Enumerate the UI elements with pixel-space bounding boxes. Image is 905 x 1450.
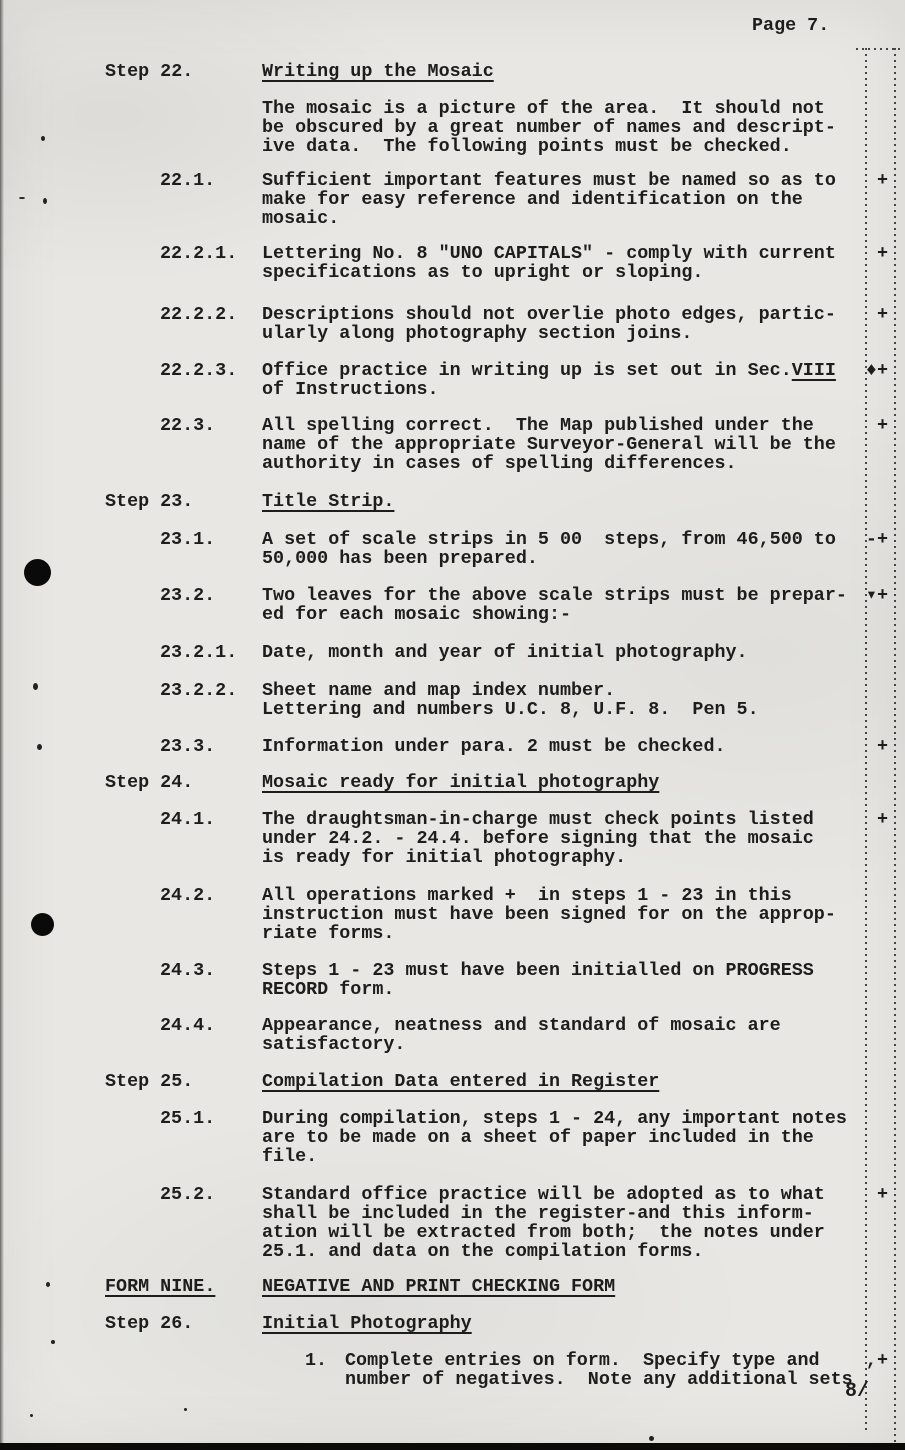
item-number: 25.2. [160, 1185, 215, 1204]
step-title: Mosaic ready for initial photography [262, 773, 874, 792]
item-text: Sufficient important features must be na… [262, 171, 874, 228]
ink-speck [41, 136, 45, 141]
item-number: 23.3. [160, 737, 215, 756]
item-text: The draughtsman-in-charge must check poi… [262, 810, 874, 867]
sheet-catchword: 8/ [845, 1382, 869, 1401]
item-number: 22.2.3. [160, 361, 237, 380]
item-number: 23.2.2. [160, 681, 237, 700]
item-number: 24.2. [160, 886, 215, 905]
item-text: Lettering No. 8 "UNO CAPITALS" - comply … [262, 244, 874, 282]
item-text-part: Office practice in writing up is set out… [262, 360, 792, 381]
item-number: 22.2.1. [160, 244, 237, 263]
ink-speck [51, 1340, 55, 1344]
item-text: A set of scale strips in 5 00 steps, fro… [262, 530, 874, 568]
step-title: Compilation Data entered in Register [262, 1072, 874, 1091]
check-plus-mark: + [848, 305, 888, 324]
item-number: 24.1. [160, 810, 215, 829]
item-text: During compilation, steps 1 - 24, any im… [262, 1109, 874, 1166]
hole-punch-top [24, 559, 51, 586]
check-plus-mark: ♦+ [848, 361, 888, 380]
check-plus-mark: + [848, 1185, 888, 1204]
check-plus-mark: + [848, 416, 888, 435]
margin-dotted-rule-outer [894, 48, 896, 1444]
item-number: 22.2.2. [160, 305, 237, 324]
scan-edge-bottom [0, 1443, 905, 1450]
step-label: Step 24. [105, 773, 193, 792]
ink-speck [30, 1414, 33, 1417]
item-text: Appearance, neatness and standard of mos… [262, 1016, 874, 1054]
step-title: Writing up the Mosaic [262, 62, 874, 81]
ink-speck [37, 744, 42, 750]
item-text: Sheet name and map index number. Letteri… [262, 681, 874, 719]
item-text: All spelling correct. The Map published … [262, 416, 874, 473]
item-text: Two leaves for the above scale strips mu… [262, 586, 874, 624]
step-label: Step 23. [105, 492, 193, 511]
step-label: Step 22. [105, 62, 193, 81]
step-label: Step 25. [105, 1072, 193, 1091]
item-number: 1. [305, 1351, 327, 1370]
check-plus-mark: -+ [848, 530, 888, 549]
item-number: 25.1. [160, 1109, 215, 1128]
check-plus-mark: + [848, 244, 888, 263]
ink-speck [33, 683, 38, 690]
item-number: 24.3. [160, 961, 215, 980]
step-title: Title Strip. [262, 492, 874, 511]
item-text: Complete entries on form. Specify type a… [345, 1351, 885, 1389]
item-text-underlined: VIII [792, 360, 836, 381]
hole-punch-bottom [31, 913, 54, 936]
item-text: All operations marked + in steps 1 - 23 … [262, 886, 874, 943]
paragraph-text: The mosaic is a picture of the area. It … [262, 99, 874, 156]
scan-edge-left [0, 0, 4, 1450]
item-number: 22.3. [160, 416, 215, 435]
item-number: 23.1. [160, 530, 215, 549]
ink-speck [649, 1436, 654, 1441]
item-number: 23.2.1. [160, 643, 237, 662]
check-plus-mark: ▾+ [848, 586, 888, 605]
check-plus-mark: + [848, 737, 888, 756]
item-text: Office practice in writing up is set out… [262, 361, 874, 399]
ink-speck [46, 1282, 50, 1287]
item-text: Standard office practice will be adopted… [262, 1185, 874, 1261]
item-text: Date, month and year of initial photogra… [262, 643, 874, 662]
item-text: Descriptions should not overlie photo ed… [262, 305, 874, 343]
check-plus-mark: ,+ [848, 1351, 888, 1370]
item-number: 22.1. [160, 171, 215, 190]
step-label: Step 26. [105, 1314, 193, 1333]
ink-speck [184, 1408, 187, 1411]
check-plus-mark: + [848, 171, 888, 190]
step-title: Initial Photography [262, 1314, 874, 1333]
form-label: FORM NINE. [105, 1277, 215, 1296]
item-number: 23.2. [160, 586, 215, 605]
item-number: 24.4. [160, 1016, 215, 1035]
item-text: Information under para. 2 must be checke… [262, 737, 874, 756]
item-text-part: of Instructions. [262, 379, 439, 400]
ink-speck [43, 198, 47, 204]
check-plus-mark: + [848, 810, 888, 829]
form-title: NEGATIVE AND PRINT CHECKING FORM [262, 1277, 874, 1296]
item-text: Steps 1 - 23 must have been initialled o… [262, 961, 874, 999]
page-number: Page 7. [752, 16, 829, 35]
scanned-document-page: Page 7. Step 22. Writing up the Mosaic T… [0, 0, 905, 1450]
ink-speck [19, 197, 25, 199]
